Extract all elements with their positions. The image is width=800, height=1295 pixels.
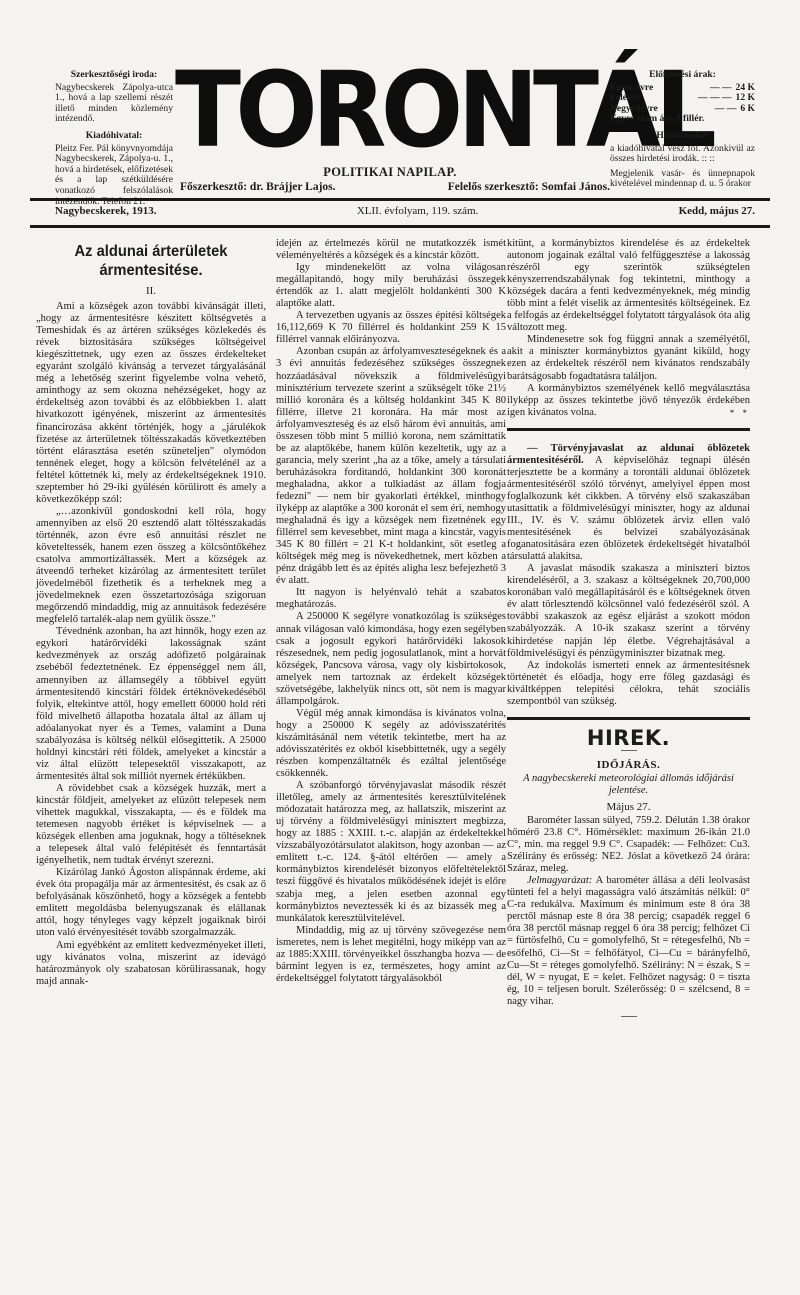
news-heading: HIREK. xyxy=(507,732,750,744)
weather-heading: IDŐJÁRÁS. xyxy=(507,759,750,771)
editors-line: Főszerkesztő: dr. Brájjer Lajos. Felelős… xyxy=(180,181,610,193)
article-paragraph: Ami a községek azon további kivánságát i… xyxy=(36,301,266,506)
weather-legend-text: A barométer állása a déli leolvasást tün… xyxy=(507,875,750,1006)
article-paragraph: A 250000 K segélyre vonatkozólag is szük… xyxy=(276,611,506,707)
dateline-date: Kedd, május 27. xyxy=(679,205,770,217)
article-paragraph: idején az értelmezés körül ne mutatkozzé… xyxy=(276,238,506,262)
weather-source: A nagybecskereki meteorológiai állomás i… xyxy=(507,773,750,797)
article-paragraph: A tervezetben ugyanis az összes épitési … xyxy=(276,310,506,346)
rule-divider xyxy=(507,717,750,720)
rule-divider xyxy=(30,198,770,201)
article-quote: „…azonkivül gondoskodni kell róla, hogy … xyxy=(36,506,266,626)
article-paragraph: Kizárólag Jankó Ágoston alispánnak érdem… xyxy=(36,867,266,939)
column-2: idején az értelmezés körül ne mutatkozzé… xyxy=(276,238,506,985)
article-paragraph: A rövidebbet csak a községek huzzák, mer… xyxy=(36,783,266,867)
newspaper-page: Szerkesztőségi iroda: Nagybecskerek Zápo… xyxy=(0,0,800,1295)
weather-report: Barométer lassan sülyed, 759.2. Délután … xyxy=(507,815,750,875)
editor-in-chief: Főszerkesztő: dr. Brájjer Lajos. xyxy=(180,181,336,193)
article-paragraph: Végül még annak kimondása is kivánatos v… xyxy=(276,708,506,780)
dateline: Nagybecskerek, 1913. XLII. évfolyam, 119… xyxy=(55,205,770,217)
article-paragraph: Mindaddig, mig az uj törvény szövegezése… xyxy=(276,925,506,985)
article-title: Az aldunai árterületek ármentesitése. xyxy=(45,242,257,280)
article2-paragraph: — Törvényjavaslat az aldunai öblözetek á… xyxy=(507,443,750,563)
ads-heading: Hirdetéseket xyxy=(610,131,755,142)
weather-date: Május 27. xyxy=(507,801,750,813)
column-3: kitünt, a kormánybiztos kirendelése és a… xyxy=(507,238,750,1025)
article2-text: A képviselőház tegnapi ülésén terjesztet… xyxy=(507,455,750,562)
dateline-volume: XLII. évfolyam, 119. szám. xyxy=(357,205,478,217)
dateline-place-year: Nagybecskerek, 1913. xyxy=(55,205,157,217)
single-issue-price: Egyes szám ára 8 fillér. xyxy=(610,114,755,125)
article-paragraph: Mindenesetre sok fog függni annak a szem… xyxy=(507,334,750,382)
ornament-dash xyxy=(621,1016,637,1017)
rule-divider xyxy=(507,428,750,431)
weather-legend-label: Jelmagyarázat: xyxy=(527,875,592,886)
column-1: Az aldunai árterületek ármentesitése. II… xyxy=(36,238,266,988)
ads-text: a kiadóhivatal vesz föl. Azonkivül az ös… xyxy=(610,144,755,165)
newspaper-subtitle: POLITIKAI NAPILAP. xyxy=(175,165,605,180)
article2-paragraph: Az indokolás ismerteti ennek az ármentes… xyxy=(507,660,750,708)
article-paragraph: Itt nagyon is helyénvaló tehát a szabato… xyxy=(276,587,506,611)
article-paragraph: Igy mindenekelőtt az volna világosan meg… xyxy=(276,262,506,310)
article-paragraph: Tévednénk azonban, ha azt hinnők, hogy e… xyxy=(36,626,266,783)
editorial-office-box: Szerkesztőségi iroda: Nagybecskerek Zápo… xyxy=(55,70,173,207)
editorial-office-heading: Szerkesztőségi iroda: xyxy=(55,70,173,81)
weather-legend: Jelmagyarázat: A barométer állása a déli… xyxy=(507,875,750,1008)
subscription-box: Előfizetési árak: Egész évre — — 24 K Fé… xyxy=(610,70,755,190)
article-paragraph: Ami egyébként az emlitett kedvezményeket… xyxy=(36,940,266,988)
article-part-number: II. xyxy=(36,285,266,297)
editorial-office-text: Nagybecskerek Zápolya-utca 1., hová a la… xyxy=(55,83,173,125)
price-value: 6 K xyxy=(740,104,755,115)
newspaper-title: TORONTÁL xyxy=(175,60,575,160)
article-paragraph: Azonban csupán az árfolyamveszteségeknek… xyxy=(276,346,506,587)
article-paragraph: kitünt, a kormánybiztos kirendelése és a… xyxy=(507,238,750,334)
publisher-heading: Kiadóhivatal: xyxy=(55,131,173,142)
rule-divider xyxy=(30,225,770,228)
responsible-editor: Felelős szerkesztő: Somfai János. xyxy=(448,181,610,193)
article-paragraph: A szóbanforgó törvényjavaslat második ré… xyxy=(276,780,506,925)
ornament-dash xyxy=(621,750,637,751)
publication-schedule: Megjelenik vasár- és ünnepnapok kivételé… xyxy=(610,169,755,190)
prices-heading: Előfizetési árak: xyxy=(610,70,755,81)
article2-paragraph: A javaslat második szakasza a miniszteri… xyxy=(507,563,750,659)
